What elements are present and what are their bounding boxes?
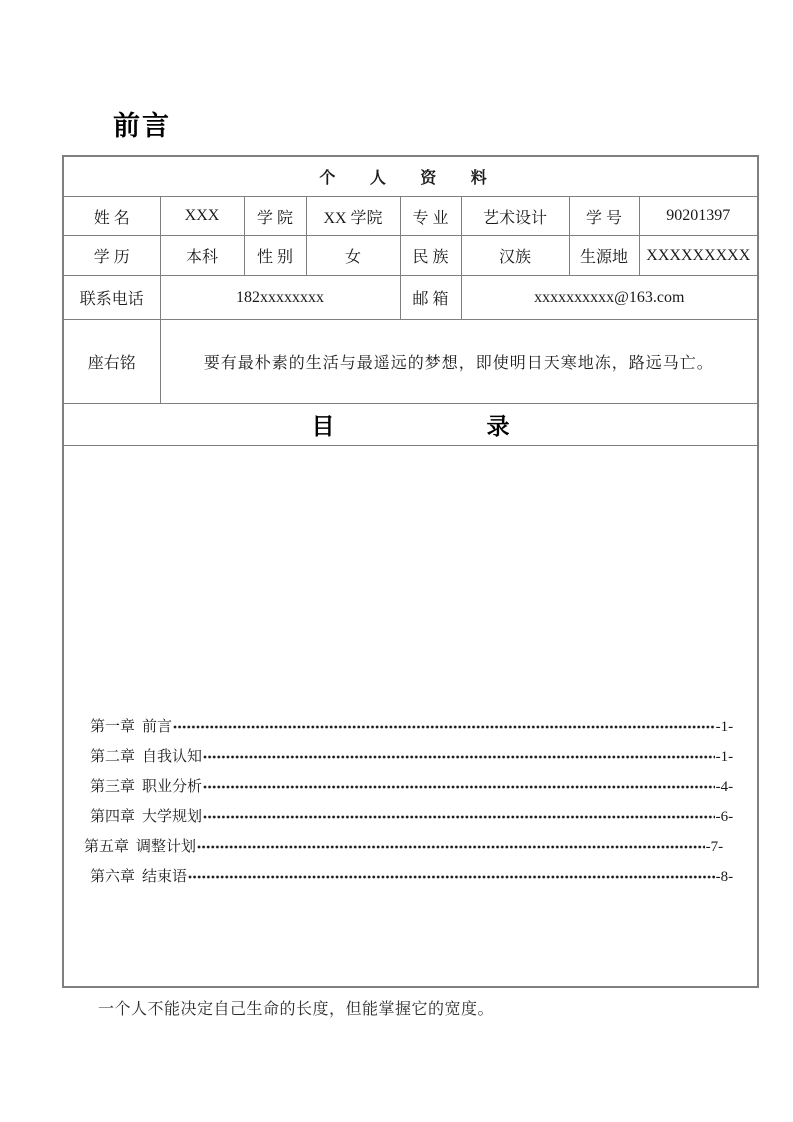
table-row: 学 历 本科 性 别 女 民 族 汉族 生源地 XXXXXXXXX bbox=[63, 236, 758, 276]
name-value: XXX bbox=[160, 197, 244, 236]
toc-entry-title: 调整计划 bbox=[136, 832, 196, 862]
toc-entry-3: 第三章 职业分析 -4- bbox=[90, 772, 733, 802]
dot-leader bbox=[203, 750, 715, 764]
toc-entry-title: 自我认知 bbox=[142, 742, 202, 772]
toc-page-number: -8- bbox=[716, 862, 734, 892]
toc-content-cell: 第一章 前言 -1- 第二章 自我认知 -1- 第三章 bbox=[63, 446, 758, 988]
toc-entry-title: 大学规划 bbox=[142, 802, 202, 832]
toc-title-char-right: 录 bbox=[487, 408, 510, 441]
gender-value: 女 bbox=[306, 236, 400, 276]
student-id-label: 学 号 bbox=[569, 197, 639, 236]
dot-leader bbox=[188, 870, 715, 884]
toc-chapter: 第二章 bbox=[90, 742, 135, 772]
table-row: 联系电话 182xxxxxxxx 邮 箱 xxxxxxxxxx@163.com bbox=[63, 276, 758, 320]
dot-leader bbox=[203, 810, 715, 824]
document-page: 前言 个 人 资 料 姓 名 XXX 学 院 XX 学院 专 业 艺术设计 学 … bbox=[0, 0, 793, 1122]
phone-label: 联系电话 bbox=[63, 276, 160, 320]
table-row: 姓 名 XXX 学 院 XX 学院 专 业 艺术设计 学 号 90201397 bbox=[63, 197, 758, 236]
toc-entry-1: 第一章 前言 -1- bbox=[90, 712, 733, 742]
page-title: 前言 bbox=[113, 109, 171, 143]
origin-label: 生源地 bbox=[569, 236, 639, 276]
dot-leader bbox=[197, 840, 705, 854]
email-label: 邮 箱 bbox=[400, 276, 461, 320]
toc-entry-4: 第四章 大学规划 -6- bbox=[90, 802, 733, 832]
toc-entry-2: 第二章 自我认知 -1- bbox=[90, 742, 733, 772]
education-label: 学 历 bbox=[63, 236, 160, 276]
education-value: 本科 bbox=[160, 236, 244, 276]
ethnicity-label: 民 族 bbox=[400, 236, 461, 276]
table-title-row: 个 人 资 料 bbox=[63, 156, 758, 197]
major-label: 专 业 bbox=[400, 197, 461, 236]
college-value: XX 学院 bbox=[306, 197, 400, 236]
toc-entry-title: 职业分析 bbox=[142, 772, 202, 802]
toc-page-number: -6- bbox=[716, 802, 734, 832]
toc-entry-title: 前言 bbox=[142, 712, 172, 742]
motto-value: 要有最朴素的生活与最遥远的梦想，即使明日天寒地冻，路远马亡。 bbox=[160, 320, 758, 404]
toc-content-row: 第一章 前言 -1- 第二章 自我认知 -1- 第三章 bbox=[63, 446, 758, 988]
phone-value: 182xxxxxxxx bbox=[160, 276, 400, 320]
toc-page-number: -1- bbox=[716, 742, 734, 772]
gender-label: 性 别 bbox=[244, 236, 306, 276]
footer-note: 一个人不能决定自己生命的长度，但能掌握它的宽度。 bbox=[98, 996, 494, 1019]
personal-info-table: 个 人 资 料 姓 名 XXX 学 院 XX 学院 专 业 艺术设计 学 号 9… bbox=[62, 155, 759, 988]
toc-entry-title: 结束语 bbox=[142, 862, 187, 892]
toc-title-char-left: 目 bbox=[312, 408, 335, 441]
toc-entry-6: 第六章 结束语 -8- bbox=[90, 862, 733, 892]
toc-page-number: -4- bbox=[716, 772, 734, 802]
toc-chapter: 第三章 bbox=[90, 772, 135, 802]
email-value: xxxxxxxxxx@163.com bbox=[461, 276, 758, 320]
college-label: 学 院 bbox=[244, 197, 306, 236]
motto-label: 座右铭 bbox=[63, 320, 160, 404]
toc-chapter: 第五章 bbox=[84, 832, 129, 862]
table-title: 个 人 资 料 bbox=[63, 156, 758, 197]
name-label: 姓 名 bbox=[63, 197, 160, 236]
toc-page-number: -1- bbox=[716, 712, 734, 742]
toc-title-row: 目 录 bbox=[63, 404, 758, 446]
toc-entry-5: 第五章 调整计划 -7- bbox=[84, 832, 723, 862]
origin-value: XXXXXXXXX bbox=[639, 236, 758, 276]
toc-chapter: 第一章 bbox=[90, 712, 135, 742]
student-id-value: 90201397 bbox=[639, 197, 758, 236]
toc-page-number: -7- bbox=[706, 832, 724, 862]
dot-leader bbox=[203, 780, 715, 794]
toc-title: 目 录 bbox=[66, 408, 755, 441]
dot-leader bbox=[173, 720, 715, 734]
toc-title-cell: 目 录 bbox=[63, 404, 758, 446]
toc-chapter: 第六章 bbox=[90, 862, 135, 892]
ethnicity-value: 汉族 bbox=[461, 236, 569, 276]
toc-chapter: 第四章 bbox=[90, 802, 135, 832]
table-row: 座右铭 要有最朴素的生活与最遥远的梦想，即使明日天寒地冻，路远马亡。 bbox=[63, 320, 758, 404]
toc-list: 第一章 前言 -1- 第二章 自我认知 -1- 第三章 bbox=[66, 712, 755, 892]
major-value: 艺术设计 bbox=[461, 197, 569, 236]
